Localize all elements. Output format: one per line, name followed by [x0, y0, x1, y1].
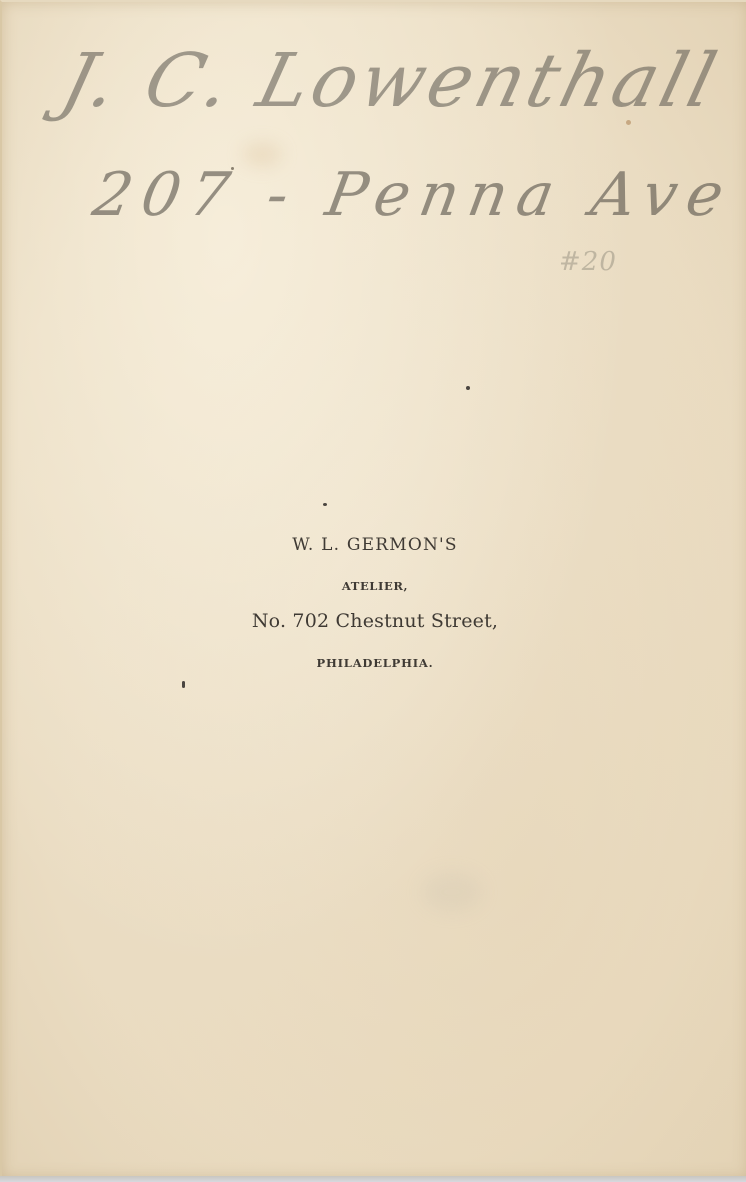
handwritten-price-note: #20 [559, 247, 617, 277]
pencil-dot [231, 167, 234, 170]
studio-label: ATELIER, [2, 579, 746, 593]
photographer-name: W. L. GERMON'S [2, 535, 746, 555]
card-back: J. C. Lowenthall 207 - Penna Ave #20 W. … [0, 0, 746, 1178]
paper-stain [422, 872, 482, 912]
studio-address: No. 702 Chestnut Street, [2, 610, 746, 632]
ink-speck [323, 503, 327, 506]
ink-speck [466, 386, 470, 390]
studio-city: PHILADELPHIA. [2, 656, 746, 670]
handwritten-address: 207 - Penna Ave [88, 160, 739, 230]
ink-speck [182, 681, 185, 688]
foxing-spot [626, 120, 631, 125]
handwritten-name: J. C. Lowenthall [53, 38, 728, 124]
scan-background-edge [0, 1176, 746, 1182]
